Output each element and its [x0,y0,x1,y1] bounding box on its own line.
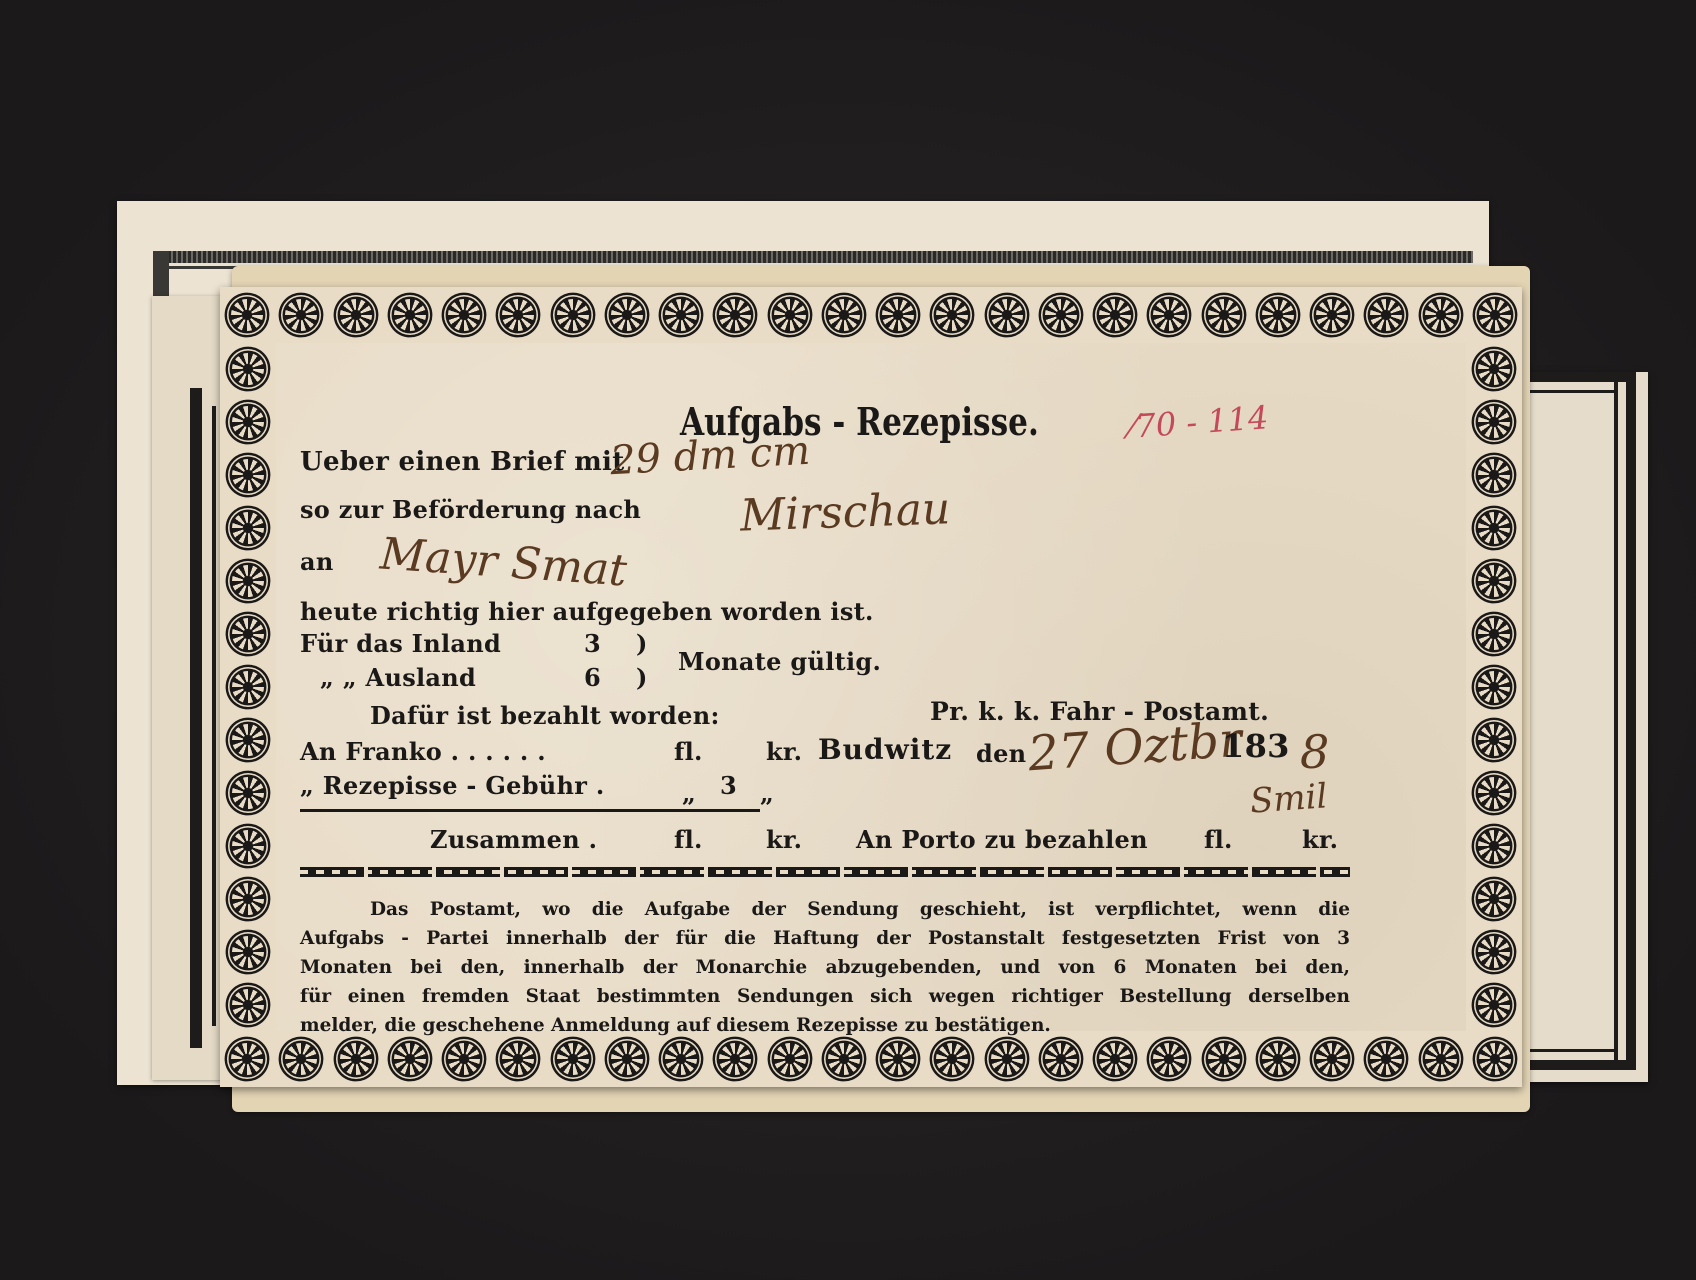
rosette-ornament-icon [446,297,483,334]
red-pencil-annotation: ⁄70 - 114 [1129,398,1270,446]
rosette-ornament-icon [230,351,267,388]
rosette-ornament-icon [1476,827,1513,864]
rosette-ornament-icon [825,297,862,334]
rosette-ornament-icon [337,297,374,334]
rosette-ornament-icon [608,297,645,334]
rosette-ornament-icon [1476,510,1513,547]
frame-rail [1614,376,1618,1066]
rosette-ornament-icon [1368,1041,1405,1078]
paid-header: Dafür ist bezahlt worden: [370,701,720,730]
rosette-ornament-icon [1476,616,1513,653]
total-label: Zusammen . [430,825,597,854]
fee-trailing: „ [760,779,774,808]
rosette-ornament-icon [988,297,1025,334]
letter-label: Ueber einen Brief mit [300,447,625,477]
rosette-ornament-icon [1476,933,1513,970]
rosette-ornament-icon [1476,404,1513,441]
ausland-months: 6 [584,663,601,692]
rosette-ornament-icon [1151,1041,1188,1078]
ornamental-border-right [1466,343,1522,1031]
frame-rail [212,406,216,1026]
rosette-ornament-icon [230,457,267,494]
rosette-ornament-icon [1476,880,1513,917]
letter-handwritten: 29 dm cm [609,428,811,484]
rosette-ornament-icon [1476,669,1513,706]
rosette-ornament-icon [717,1041,754,1078]
rosette-ornament-icon [771,1041,808,1078]
rosette-ornament-icon [1042,297,1079,334]
rosette-ornament-icon [230,616,267,653]
notice-line: melder, die geschehene Anmeldung auf die… [300,1011,1350,1040]
rosette-ornament-icon [230,774,267,811]
rosette-ornament-icon [1476,774,1513,811]
rosette-ornament-icon [1097,1041,1134,1078]
rosette-ornament-icon [1314,1041,1351,1078]
rosette-ornament-icon [1097,297,1134,334]
printed-year: 183 [1222,727,1290,765]
clerk-signature: Smil [1249,776,1329,821]
rosette-ornament-icon [230,563,267,600]
rosette-ornament-icon [934,1041,971,1078]
bracket: ) [636,629,648,658]
notice-line: Monaten bei den, innerhalb der Monarchie… [300,953,1350,982]
rosette-ornament-icon [663,297,700,334]
rosette-ornament-icon [717,297,754,334]
rosette-ornament-icon [1476,1041,1513,1078]
frame-rail [1520,1049,1618,1052]
inland-months: 3 [584,629,601,658]
rosette-ornament-icon [230,933,267,970]
frame-rail [1626,372,1636,1070]
notice-paragraph: Das Postamt, wo die Aufgabe der Sendung … [300,895,1350,1040]
confirmation-text: heute richtig hier aufgegeben worden ist… [300,597,874,626]
fee-label: „ Rezepisse - Gebühr . [300,771,605,800]
ornamental-border-left [220,343,276,1031]
franko-label: An Franko . . . . . . [300,737,546,766]
rosette-ornament-icon [1259,297,1296,334]
city-name: Budwitz [818,733,952,766]
rosette-ornament-icon [229,1041,266,1078]
rosette-ornament-icon [1476,297,1513,334]
rosette-ornament-icon [1205,1041,1242,1078]
subtotal-rule [300,809,760,812]
rosette-ornament-icon [1476,351,1513,388]
rosette-ornament-icon [771,297,808,334]
rosette-ornament-icon [230,986,267,1023]
rosette-ornament-icon [283,1041,320,1078]
ausland-label: „ „ Ausland [320,663,476,692]
rosette-ornament-icon [1042,1041,1079,1078]
rosette-ornament-icon [283,297,320,334]
rosette-ornament-icon [391,1041,428,1078]
fee-value: 3 [720,771,737,800]
handwritten-year-digit: 8 [1300,725,1329,779]
rosette-ornament-icon [500,297,537,334]
notice-line: für einen fremden Staat bestimmten Sendu… [300,982,1350,1011]
rosette-ornament-icon [988,1041,1025,1078]
frame-rail [190,388,202,1048]
rosette-ornament-icon [1476,722,1513,759]
rosette-ornament-icon [337,1041,374,1078]
rosette-ornament-icon [608,1041,645,1078]
frame-rail [1520,1060,1636,1070]
destination-handwritten-text: Mirschau [739,483,951,541]
rosette-ornament-icon [1476,457,1513,494]
porto-kr: kr. [1302,825,1338,854]
rosette-ornament-icon [391,297,428,334]
porto-label: An Porto zu bezahlen [856,825,1148,854]
rosette-ornament-icon [230,880,267,917]
rosette-ornament-icon [1368,297,1405,334]
rosette-ornament-icon [1476,986,1513,1023]
franko-fl: fl. [674,737,703,766]
rosette-ornament-icon [1205,297,1242,334]
rosette-ornament-icon [1151,297,1188,334]
porto-fl: fl. [1204,825,1233,854]
rosette-ornament-icon [230,722,267,759]
total-kr: kr. [766,825,802,854]
rosette-ornament-icon [1314,297,1351,334]
notice-line: Aufgabs - Partei innerhalb der für die H… [300,924,1350,953]
fee-quote: „ [682,779,696,808]
total-fl: fl. [674,825,703,854]
rosette-ornament-icon [1422,297,1459,334]
bracket: ) [636,663,648,692]
ornamental-wavy-rule [300,867,1350,877]
rosette-ornament-icon [554,1041,591,1078]
rosette-ornament-icon [500,1041,537,1078]
notice-line: Das Postamt, wo die Aufgabe der Sendung … [300,895,1350,924]
rosette-ornament-icon [230,827,267,864]
rosette-ornament-icon [554,297,591,334]
rosette-ornament-icon [663,1041,700,1078]
recipient-handwritten: Mayr Smat [379,528,629,596]
ornamental-border-top [220,287,1522,343]
franko-kr: kr. [766,737,802,766]
recipient-label: an [300,547,334,576]
rosette-ornament-icon [446,1041,483,1078]
back-sheet-frame-top [153,251,1473,266]
inland-label: Für das Inland [300,629,501,658]
rosette-ornament-icon [1259,1041,1296,1078]
receipt-content: Aufgabs - Rezepisse. ⁄70 - 114 Ueber ein… [300,347,1442,1027]
postal-receipt: Aufgabs - Rezepisse. ⁄70 - 114 Ueber ein… [220,287,1522,1087]
rosette-ornament-icon [934,297,971,334]
rosette-ornament-icon [230,510,267,547]
rosette-ornament-icon [1476,563,1513,600]
rosette-ornament-icon [230,404,267,441]
rosette-ornament-icon [230,669,267,706]
rosette-ornament-icon [229,297,266,334]
rosette-ornament-icon [825,1041,862,1078]
rosette-ornament-icon [880,1041,917,1078]
destination-label: so zur Beförderung nach [300,495,641,524]
den-label: den [976,739,1026,768]
validity-suffix: Monate gültig. [678,647,881,676]
rosette-ornament-icon [880,297,917,334]
rosette-ornament-icon [1422,1041,1459,1078]
